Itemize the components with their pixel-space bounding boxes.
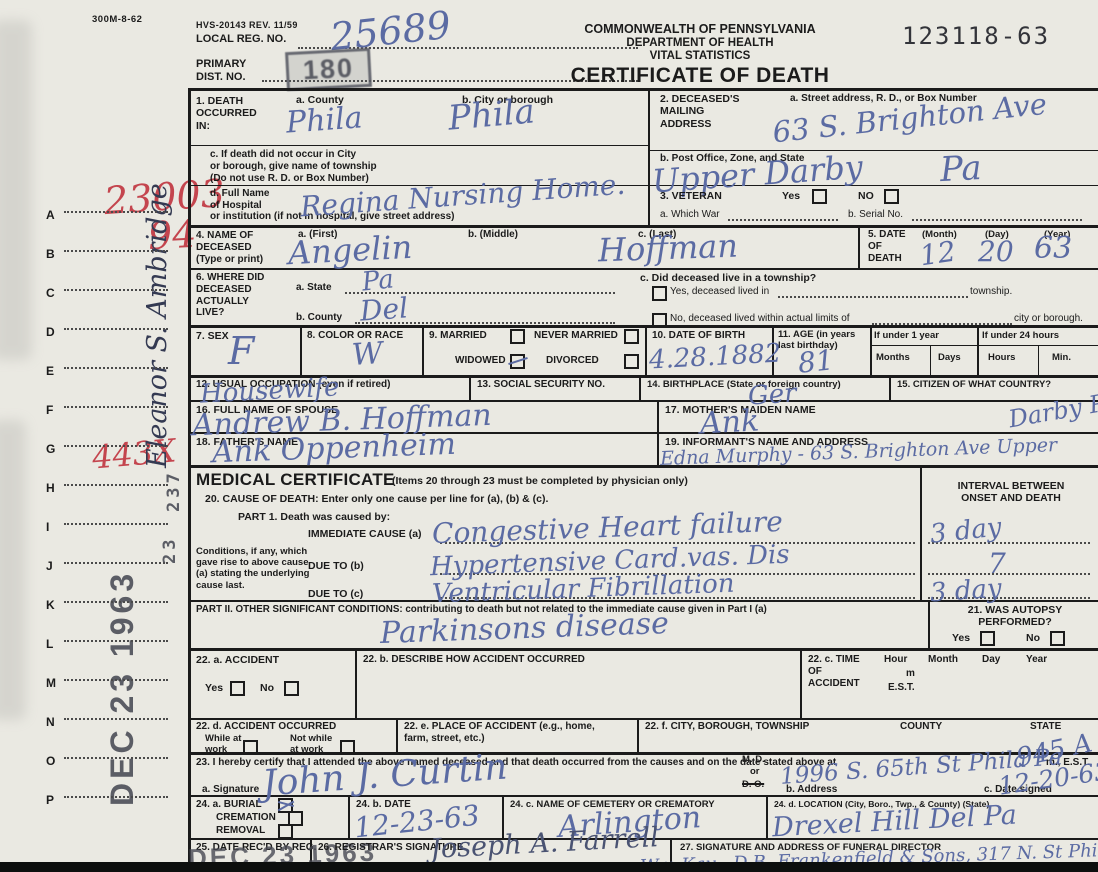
veteran-no-label: NO [858,190,874,202]
death-year-value: 63 [1034,234,1072,264]
est-label: E.S.T. [888,682,915,694]
mother-maiden-value: Ank [699,406,760,439]
medical-certificate-title: MEDICAL CERTIFICATE [196,470,395,490]
interval-a-value: 3 day [929,514,1003,547]
or-label: or [750,766,760,777]
form-revision: HVS-20143 REV. 11/59 [196,20,298,31]
city-value: Phila [447,94,536,135]
township-suffix: township. [970,286,1012,298]
under-1-year-label: If under 1 year [874,330,939,341]
death-day-value: 20 [978,238,1014,266]
divorced-checkbox [624,354,639,369]
married-checkbox [510,329,525,344]
first-name-value: Angelin [287,231,413,269]
accident-no-label: No [260,682,274,694]
margin-letter: D [46,325,55,339]
part1-label: PART 1. Death was caused by: [238,511,390,523]
sex-label: 7. SEX [196,330,229,342]
due-to-c-label: DUE TO (c) [308,588,363,600]
md-label: M. D. [742,754,765,765]
describe-accident-label: 22. b. DESCRIBE HOW ACCIDENT OCCURRED [363,654,585,666]
mailing-address-label: 2. DECEASED'S MAILING ADDRESS [660,93,740,130]
hours-label: Hours [988,352,1015,363]
informant-overflow-value: Darby Pa [1007,389,1098,432]
print-code: 300M-8-62 [92,14,142,25]
medical-certificate-subtitle: (Items 20 through 23 must be completed b… [392,475,688,487]
date-of-birth-label: 10. DATE OF BIRTH [652,330,745,342]
margin-letter: G [46,442,55,456]
last-name-value: Hoffman [597,230,738,267]
certificate-title: CERTIFICATE OF DEATH [540,64,860,89]
autopsy-yes-label: Yes [952,632,970,644]
serial-no-label: b. Serial No. [848,209,903,221]
accident-occurred-label: 22. d. ACCIDENT OCCURRED [196,721,336,733]
m-label: m [906,668,915,680]
veteran-label: 3. VETERAN [660,190,722,202]
hospital-label: d. Full Name of Hospital [210,188,269,212]
month22-label: Month [928,654,958,666]
while-at-work-checkbox [243,740,258,755]
not-while-at-work-label: Not while at work [290,733,332,755]
margin-letter: J [46,559,53,573]
divorced-label: DIVORCED [546,355,599,367]
do-label-struck: D. O. [742,779,764,790]
margin-letter: A [46,208,55,222]
margin-letter: E [46,364,54,378]
autopsy-label: 21. WAS AUTOPSY PERFORMED? [940,604,1090,629]
while-at-work-label: While at work [205,733,241,755]
department-line: DEPARTMENT OF HEALTH [540,37,860,51]
middle-name-label: b. (Middle) [468,229,518,241]
bleedthrough-smudge [0,20,32,360]
signature-label: a. Signature [202,784,259,796]
under-24-hours-label: If under 24 hours [982,330,1059,341]
margin-letter: H [46,481,55,495]
which-war-label: a. Which War [660,209,720,221]
state-value: Pa [939,151,982,187]
cremation-label: CREMATION [216,812,276,824]
bleedthrough-smudge [0,420,26,720]
county-value: Phila [285,103,363,138]
accident-city-label: 22. f. CITY, BOROUGH, TOWNSHIP [645,721,809,733]
lived-township-yes-label: Yes, deceased lived in [670,286,769,298]
margin-vertical-name: Eleanor S. Ambridge [144,78,171,468]
township-note-label: c. If death did not occur in City or bor… [210,149,377,184]
place-of-accident-label: 22. e. PLACE OF ACCIDENT (e.g., home, fa… [404,721,595,745]
primary-dist-label: PRIMARY DIST. NO. [196,58,246,84]
state-label: a. State [296,282,332,294]
interval-c-value: 3 day [929,576,1002,607]
accident-yes-checkbox [230,681,245,696]
county6-value: Del [359,294,409,325]
ssn-label: 13. SOCIAL SECURITY NO. [477,379,605,391]
death-month-value: 12 [918,238,957,271]
state-file-number: 123118-63 [902,22,1050,50]
part2-value: Parkinsons disease [380,609,670,649]
accident-state-label: STATE [1030,721,1061,733]
lived-township-yes-checkbox [652,286,667,301]
year22-label: Year [1026,654,1047,666]
date-of-death-label: 5. DATE OF DEATH [868,229,906,264]
lived-city-no-label: No, deceased lived within actual limits … [670,313,850,325]
removal-checkbox [278,824,293,839]
father-name-value: Ank Oppenheim [212,430,457,468]
scan-edge-bar [0,862,1098,872]
veteran-yes-checkbox [812,189,827,204]
veteran-no-checkbox [884,189,899,204]
autopsy-no-label: No [1026,632,1040,644]
removal-label: REMOVAL [216,825,265,837]
margin-letter: L [46,637,53,651]
date-of-birth-value: 4.28.1882 [648,341,782,374]
veteran-yes-label: Yes [782,190,800,202]
district-number-stamp: 180 [285,48,372,91]
margin-letter: C [46,286,55,300]
margin-letter: N [46,715,55,729]
name-of-deceased-label: 4. NAME OF DECEASED (Type or print) [196,230,263,265]
local-reg-label: LOCAL REG. NO. [196,33,286,46]
margin-letter: O [46,754,55,768]
age-value: 81 [797,346,835,378]
accident-county-label: COUNTY [900,721,942,733]
due-to-b-label: DUE TO (b) [308,560,364,572]
not-while-at-work-checkbox [340,740,355,755]
sex-value: F [228,332,254,370]
margin-date-received-stamp: DEC 23 1963 [104,538,141,806]
accident-no-checkbox [284,681,299,696]
margin-letter: P [46,793,54,807]
never-married-label: NEVER MARRIED [534,330,618,342]
race-value: W [351,339,384,371]
state6-value: Pa [361,266,395,295]
accident-yes-label: Yes [205,682,223,694]
married-label: 9. MARRIED [429,330,487,342]
occupation-value: Housewife [199,374,340,407]
county6-label: b. County [296,312,342,324]
death-occurred-label: 1. DEATH OCCURRED IN: [196,95,257,132]
day22-label: Day [982,654,1000,666]
city-borough-suffix: city or borough. [1014,313,1083,325]
where-lived-label: 6. WHERE DID DECEASED ACTUALLY LIVE? [196,272,264,319]
commonwealth-line: COMMONWEALTH OF PENNSYLVANIA [540,22,860,37]
immediate-cause-label: IMMEDIATE CAUSE (a) [308,528,422,540]
margin-letter: M [46,676,56,690]
accident-label: 22. a. ACCIDENT [196,654,279,666]
margin-letter: I [46,520,49,534]
margin-letter: F [46,403,53,417]
widowed-checkbox-checked [510,354,525,369]
conditions-note: Conditions, if any, which gave rise to a… [196,546,309,591]
interval-header: INTERVAL BETWEEN ONSET AND DEATH [928,480,1094,505]
lived-city-no-checkbox [652,313,667,328]
lived-township-q-label: c. Did deceased live in a township? [640,272,816,284]
widowed-label: WIDOWED [455,355,506,367]
margin-letter: K [46,598,55,612]
vital-statistics-line: VITAL STATISTICS [540,50,860,64]
time-of-accident-label: 22. c. TIME OF ACCIDENT [808,654,860,689]
hour-label: Hour [884,654,907,666]
days-label: Days [938,352,961,363]
burial-label: 24. a. BURIAL [196,799,262,811]
margin-vertical-number-237: 237 [164,452,184,512]
cause-of-death-label: 20. CAUSE OF DEATH: Enter only one cause… [205,493,548,505]
citizen-label: 15. CITIZEN OF WHAT COUNTRY? [897,379,1051,390]
months-label: Months [876,352,910,363]
margin-letter: B [46,247,55,261]
death-certificate-scan: 300M-8-62 23003 94 443X Eleanor S. Ambri… [0,0,1098,872]
autopsy-yes-checkbox [980,631,995,646]
never-married-checkbox [624,329,639,344]
birthplace-label: 14. BIRTHPLACE (State or foreign country… [647,379,841,390]
autopsy-no-checkbox [1050,631,1065,646]
min-label: Min. [1052,352,1071,363]
